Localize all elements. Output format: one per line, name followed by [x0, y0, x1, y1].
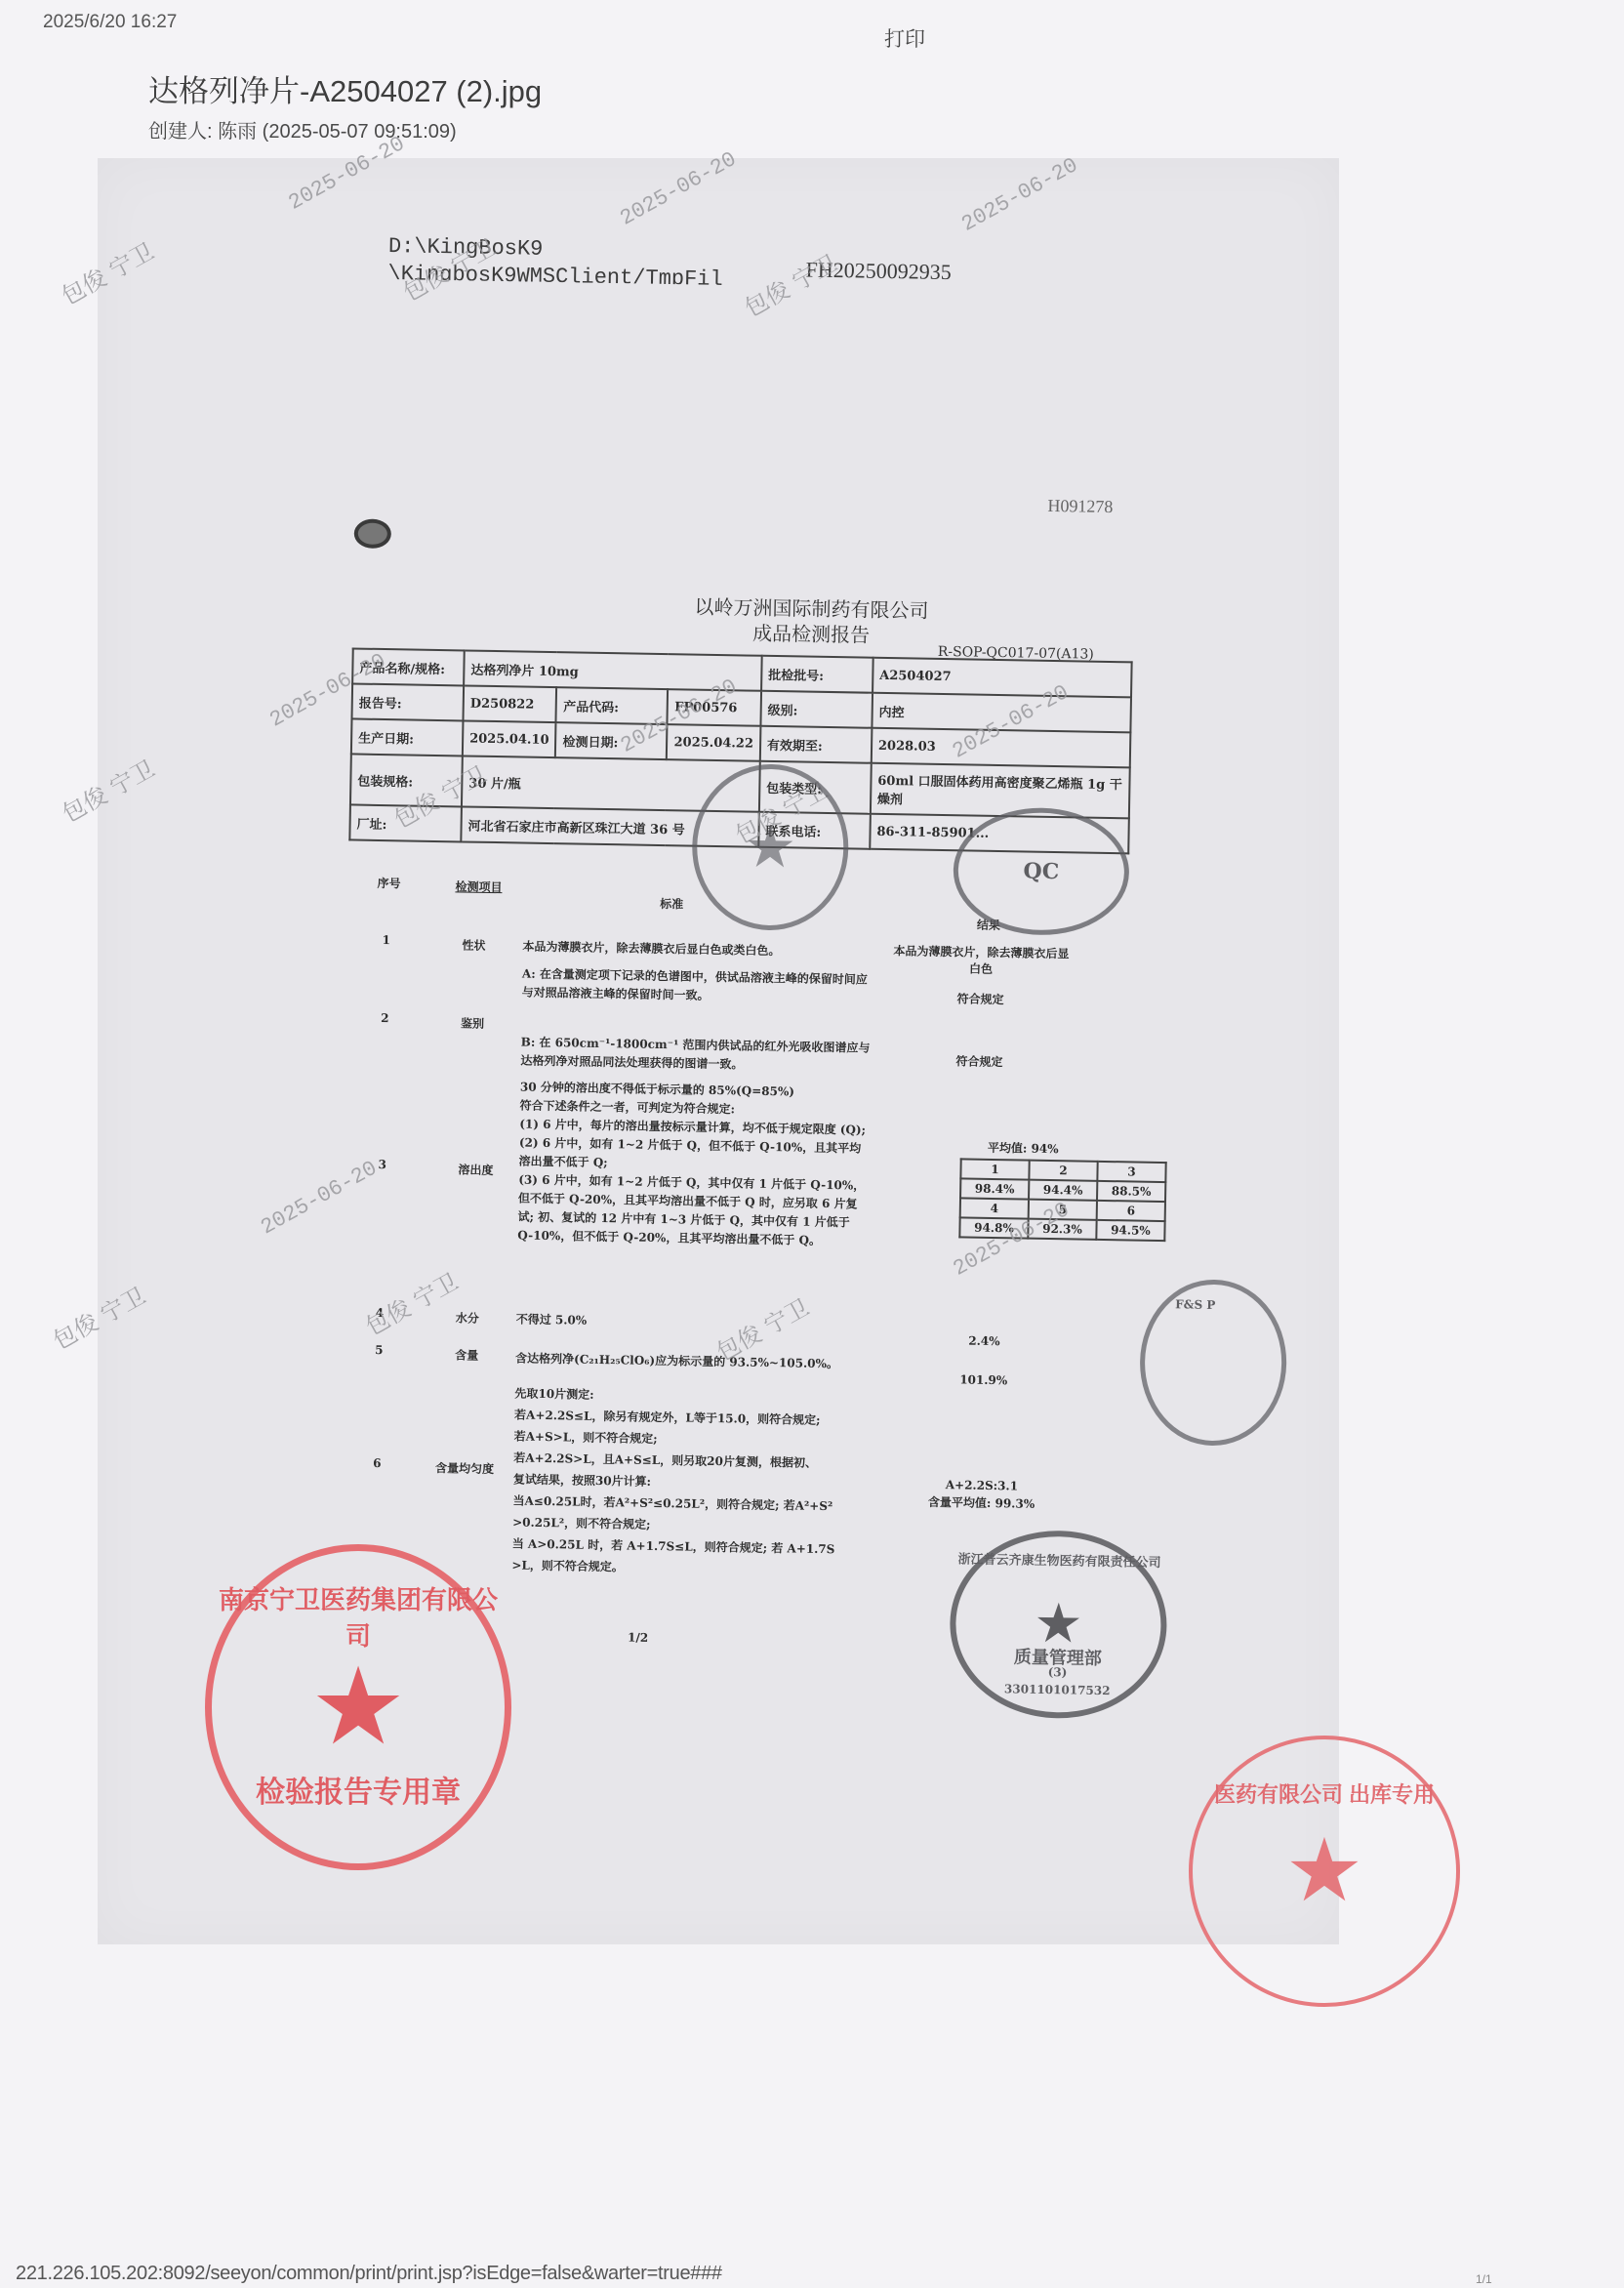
tablet-value: 88.5% — [1097, 1181, 1165, 1202]
outbound-stamp-text: 医药有限公司 出库专用 — [1193, 1778, 1456, 1809]
row-6-item: 含量均匀度 — [435, 1459, 494, 1477]
partial-stamp: F&S P — [1139, 1279, 1288, 1448]
row-2-standard-a: A: 在含量测定项下记录的色谱图中，供试品溶液主峰的保留时间应与对照品溶液主峰的… — [521, 965, 873, 1008]
row-1-standard: 本品为薄膜衣片，除去薄膜衣后显白色或类白色。 — [522, 938, 873, 962]
watermark-name: 包俊 宁卫 — [358, 1263, 464, 1342]
star-icon: ★ — [744, 817, 797, 877]
report-no-value: D250822 — [463, 685, 556, 722]
tablet-number: 6 — [1097, 1201, 1165, 1221]
row-5-no: 5 — [375, 1343, 384, 1357]
watermark-name: 包俊 宁卫 — [46, 1277, 151, 1356]
label: 有效期至: — [760, 726, 873, 763]
outbound-stamp: ★ 医药有限公司 出库专用 — [1189, 1736, 1460, 2007]
quality-stamp-code: 3301101017532 — [954, 1681, 1159, 1698]
tablet-number: 1 — [960, 1159, 1029, 1179]
standard-line: (2) 6 片中，如有 1~2 片低于 Q，但不低于 Q-10%，且其平均溶出量… — [518, 1134, 871, 1177]
label: 批检批号: — [761, 656, 873, 693]
standard-line: 含量平均值: 99.3% — [893, 1492, 1069, 1513]
star-icon: ★ — [310, 1654, 407, 1761]
pack-type-value: 60ml 口服固体药用高密度聚乙烯瓶 1g 干燥剂 — [871, 763, 1130, 819]
tablet-number: 2 — [1029, 1161, 1097, 1181]
row-5-item: 含量 — [455, 1346, 478, 1363]
watermark-name: 包俊 宁卫 — [54, 232, 159, 311]
label: 生产日期: — [351, 718, 464, 756]
page-fraction: 1/2 — [628, 1631, 648, 1645]
tablet-value: 94.5% — [1096, 1220, 1164, 1241]
row-2-standard-b: B: 在 650cm⁻¹-1800cm⁻¹ 范围内供试品的红外光吸收图谱应与达格… — [520, 1034, 873, 1077]
batch-value: A2504027 — [873, 658, 1132, 698]
row-4-result: 2.4% — [945, 1333, 1023, 1348]
row-5-standard: 含达格列净(C₂₁H₂₅ClO₆)应为标示量的 93.5%~105.0%。 — [515, 1349, 886, 1374]
dissolution-average: 平均值: 94% — [988, 1139, 1059, 1157]
row-6-result: A+2.2S:3.1含量平均值: 99.3% — [893, 1475, 1070, 1513]
label: 级别: — [760, 691, 873, 728]
row-3-standard: 30 分钟的溶出度不得低于标示量的 85%(Q=85%)符合下述条件之一者，可判… — [517, 1079, 872, 1251]
watermark-date: 2025-06-20 — [616, 147, 741, 231]
watermark-date: 2025-06-20 — [957, 153, 1082, 237]
print-button[interactable]: 打印 — [884, 23, 925, 53]
quality-dept-stamp: ★ 浙江普云齐康生物医药有限责任公司 质量管理部 (3) 33011010175… — [949, 1529, 1168, 1720]
gray-round-stamp: ★ — [691, 763, 850, 932]
red-stamp-top: 南京宁卫医药集团有限公司 — [212, 1580, 505, 1653]
star-icon: ★ — [1285, 1827, 1364, 1915]
row-2-item: 鉴别 — [461, 1014, 484, 1031]
row-1-item: 性状 — [462, 936, 485, 953]
header-standard: 标准 — [660, 895, 683, 912]
tablet-number: 4 — [960, 1198, 1029, 1218]
print-timestamp: 2025/6/20 16:27 — [43, 12, 177, 33]
qc-stamp-text: QC — [1023, 858, 1059, 884]
partial-stamp-text: F&S P — [1175, 1297, 1215, 1312]
watermark-date: 2025-06-20 — [257, 1157, 382, 1241]
row-2-result-a: 符合规定 — [892, 989, 1068, 1008]
creator-info: 创建人: 陈雨 (2025-05-07 09:51:09) — [148, 115, 457, 143]
row-5-result: 101.9% — [935, 1372, 1033, 1388]
red-stamp-bottom: 检验报告专用章 — [212, 1768, 505, 1811]
row-4-standard: 不得过 5.0% — [516, 1310, 868, 1334]
watermark-name: 包俊 宁卫 — [737, 244, 842, 323]
label: 报告号: — [351, 683, 464, 720]
mfg-date-value: 2025.04.10 — [463, 720, 556, 757]
row-6-no: 6 — [373, 1456, 382, 1470]
row-2-no: 2 — [381, 1011, 389, 1025]
tablet-value: 98.4% — [960, 1178, 1029, 1199]
tablet-value: 94.4% — [1029, 1180, 1097, 1201]
header-item: 检测项目 — [455, 878, 502, 895]
header-no: 序号 — [377, 875, 400, 891]
row-1-result: 本品为薄膜衣片，除去薄膜衣后显白色 — [893, 942, 1070, 978]
row-3-item: 溶出度 — [458, 1161, 493, 1178]
company-logo-icon — [354, 518, 392, 549]
watermark-name: 包俊 宁卫 — [55, 750, 160, 829]
test-date-value: 2025.04.22 — [667, 724, 760, 761]
file-title: 达格列净片-A2504027 (2).jpg — [148, 66, 542, 110]
quality-stamp-num: (3) — [954, 1663, 1159, 1681]
row-6-standard: 先取10片测定:若A+2.2S≤L，除另有规定外，L等于15.0，则符合规定;若… — [511, 1382, 885, 1582]
quality-stamp-top: 浙江普云齐康生物医药有限责任公司 — [956, 1548, 1161, 1571]
h-code: H091278 — [1047, 496, 1113, 517]
row-4-item: 水分 — [456, 1309, 479, 1326]
page-url: 221.226.105.202:8092/seeyon/common/print… — [16, 2263, 722, 2285]
standard-line: (3) 6 片中，如有 1~2 片低于 Q，其中仅有 1 片低于 Q-10%，但… — [517, 1171, 870, 1251]
row-3-no: 3 — [378, 1158, 386, 1171]
inspection-report-stamp: ★ 南京宁卫医药集团有限公司 检验报告专用章 — [205, 1544, 511, 1870]
page-indicator: 1/1 — [1476, 2272, 1492, 2286]
watermark-date: 2025-06-20 — [284, 132, 409, 216]
row-2-result-b: 符合规定 — [891, 1051, 1067, 1071]
tablet-number: 3 — [1097, 1162, 1165, 1182]
row-1-no: 1 — [382, 933, 390, 947]
